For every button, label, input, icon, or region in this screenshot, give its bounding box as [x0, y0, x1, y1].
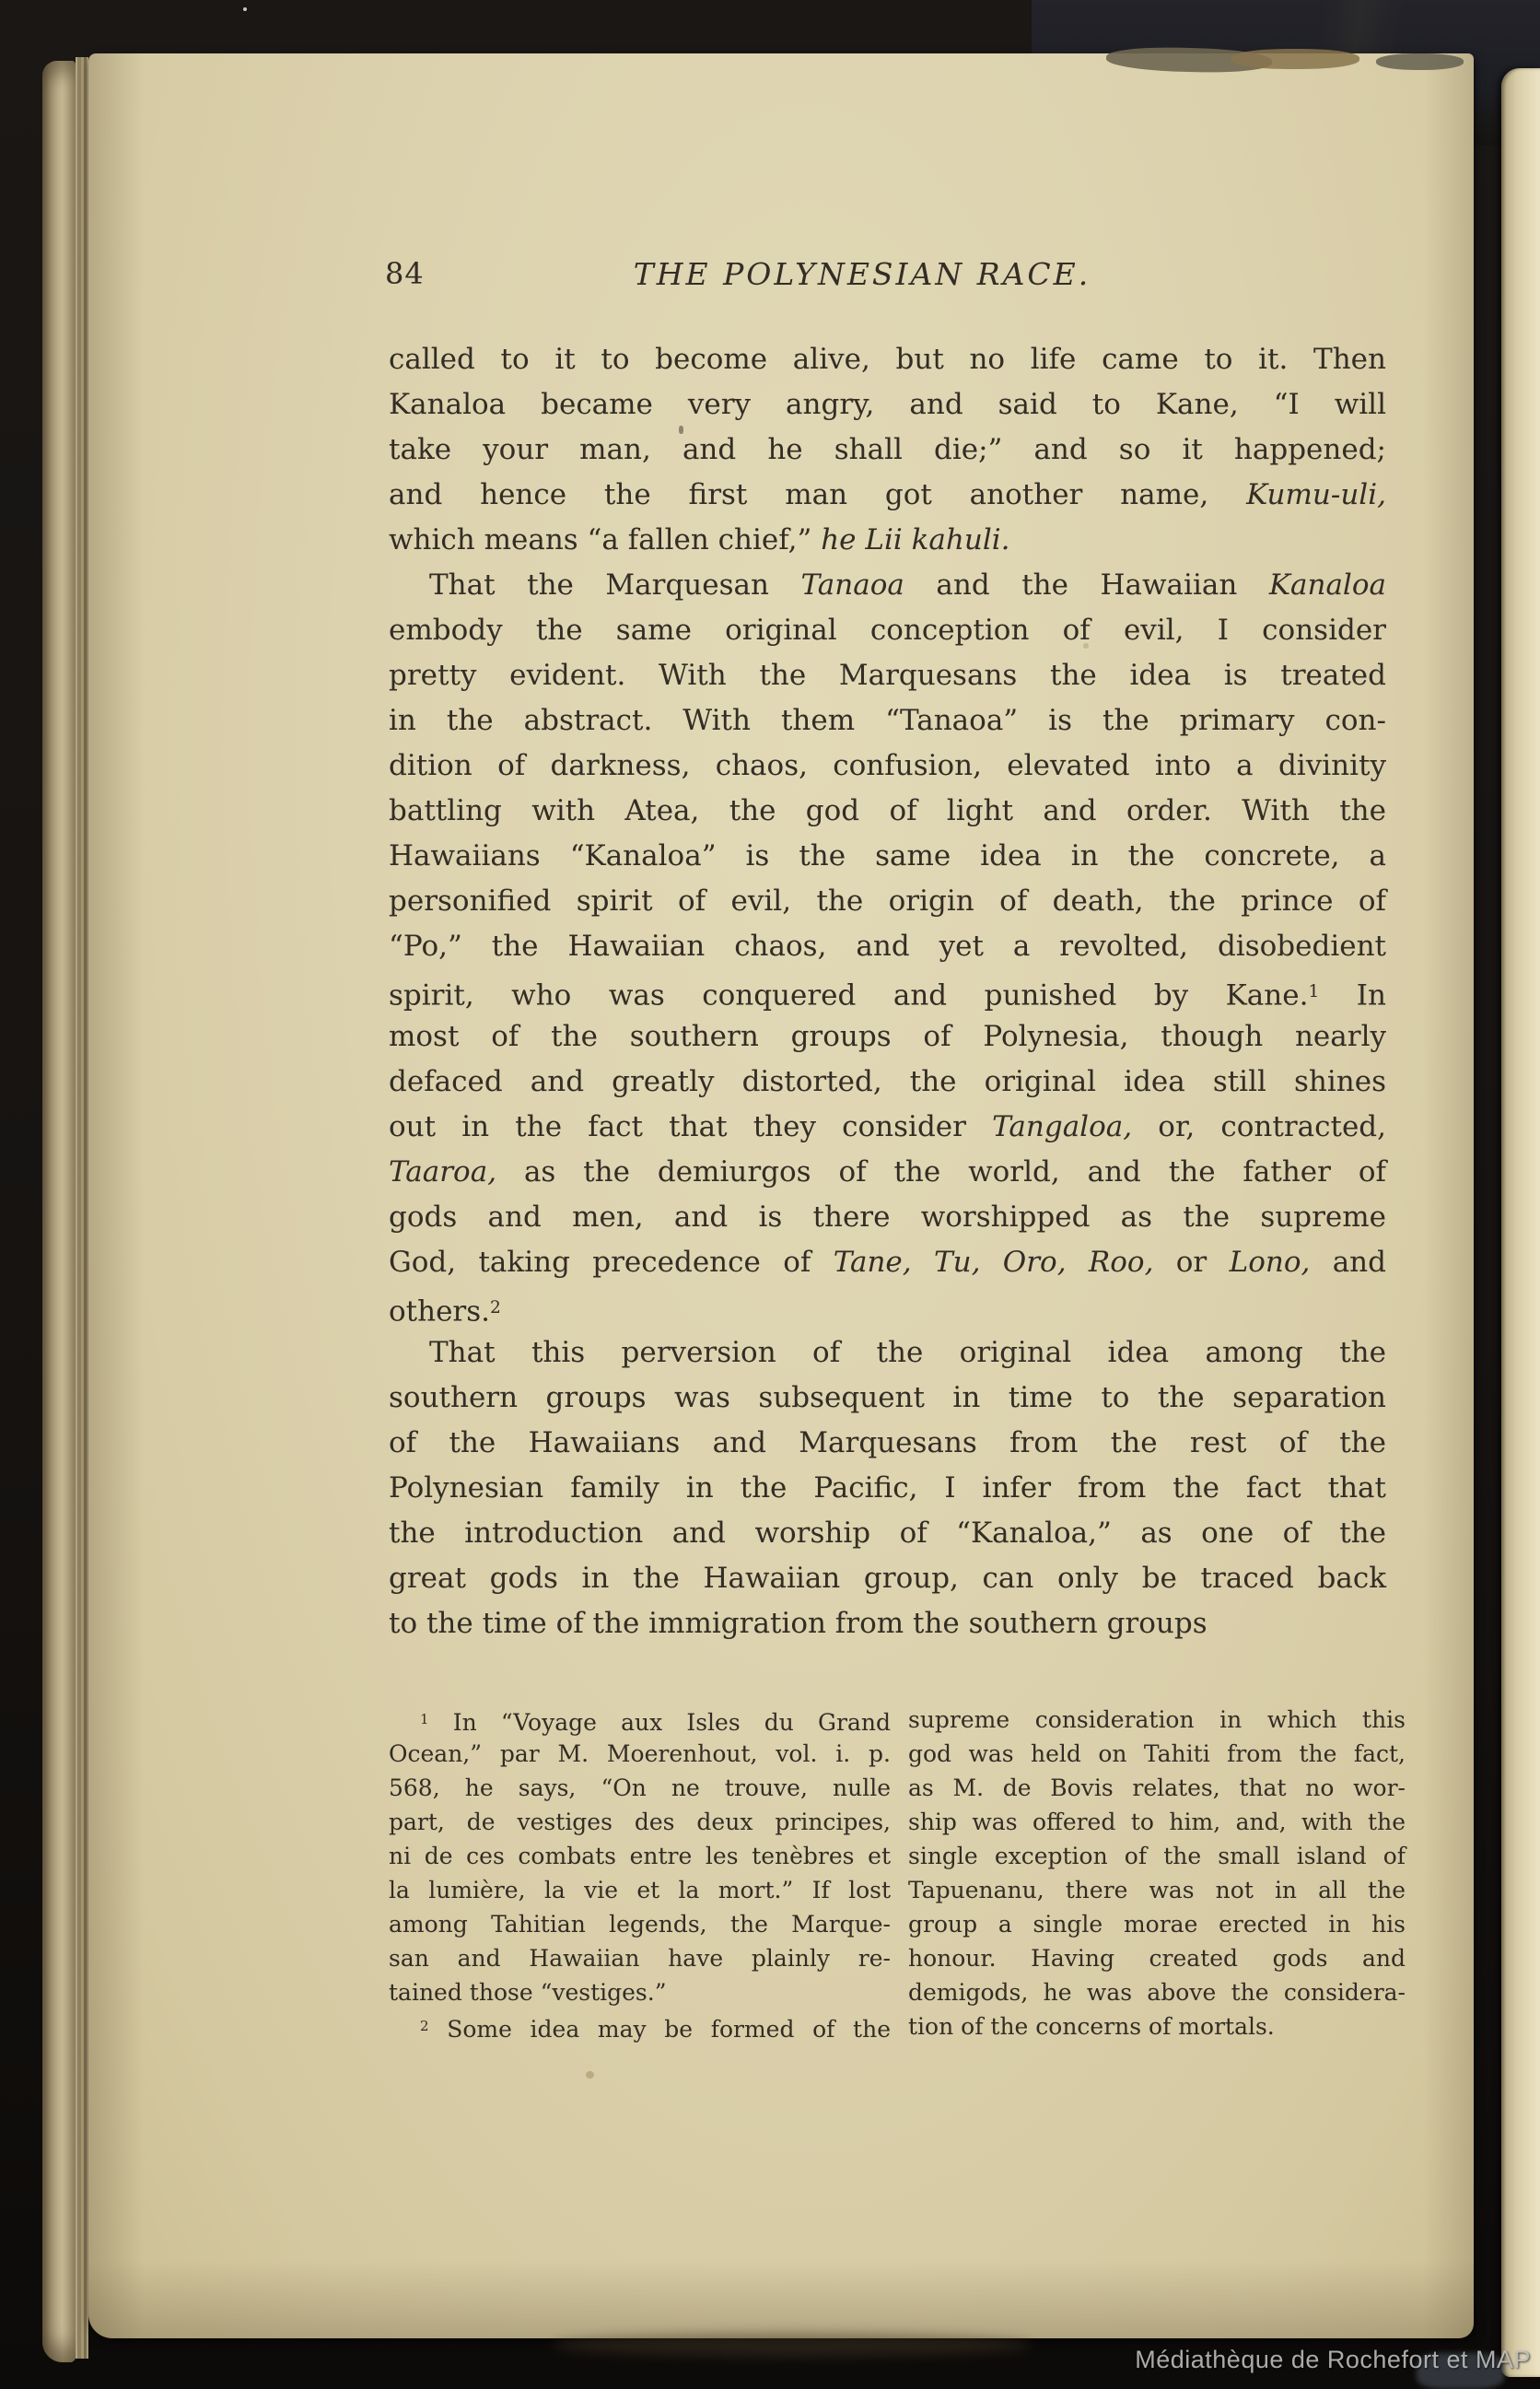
text-line: to the time of the immigration from the … — [389, 1601, 1386, 1646]
text-line: out in the fact that they consider Tanga… — [389, 1105, 1386, 1150]
text-line: ni de ces combats entre les tenèbres et — [389, 1839, 891, 1873]
text-line: southern groups was subsequent in time t… — [389, 1376, 1386, 1421]
text-line: san and Hawaiian have plainly re- — [389, 1941, 891, 1975]
text-line: Ocean,” par M. Moerenhout, vol. i. p. — [389, 1737, 891, 1771]
text-line: the introduction and worship of “Kanaloa… — [389, 1511, 1386, 1556]
text-line: gods and men, and is there worshipped as… — [389, 1195, 1386, 1240]
text-line: Polynesian family in the Pacific, I infe… — [389, 1466, 1386, 1511]
text-line: as M. de Bovis relates, that no wor- — [908, 1771, 1406, 1805]
text-line: most of the southern groups of Polynesia… — [389, 1014, 1386, 1060]
footnote-column-right: supreme consideration in which thisgod w… — [908, 1703, 1406, 2044]
text-line: Hawaiians “Kanaloa” is the same idea in … — [389, 834, 1386, 879]
text-line: 568, he says, “On ne trouve, nulle — [389, 1771, 891, 1805]
text-line: That the Marquesan Tanaoa and the Hawaii… — [389, 563, 1386, 608]
text-line: That this perversion of the original ide… — [389, 1330, 1386, 1376]
running-header: THE POLYNESIAN RACE. — [337, 256, 1387, 292]
paper-stain — [586, 2071, 594, 2079]
text-line: personified spirit of evil, the origin o… — [389, 879, 1386, 924]
dust-speck — [243, 7, 247, 11]
deckle-stain — [1231, 49, 1359, 69]
text-line: Kanaloa became very angry, and said to K… — [389, 382, 1386, 427]
watermark: Médiathèque de Rochefort et MAP — [1135, 2346, 1531, 2374]
book-page: 84 THE POLYNESIAN RACE. called to it to … — [88, 53, 1474, 2338]
text-line: others.2 — [389, 1285, 1386, 1330]
text-line: and hence the first man got another name… — [389, 473, 1386, 518]
text-line: demigods, he was above the considera- — [908, 1975, 1406, 2009]
text-line: part, de vestiges des deux principes, — [389, 1805, 891, 1839]
text-line: embody the same original conception of e… — [389, 608, 1386, 653]
scan-canvas: 84 THE POLYNESIAN RACE. called to it to … — [0, 0, 1540, 2389]
right-page-edge — [1501, 68, 1540, 2377]
text-line: 1 In “Voyage aux Isles du Grand — [389, 1703, 891, 1737]
text-line: pretty evident. With the Marquesans the … — [389, 653, 1386, 698]
text-line: “Po,” the Hawaiian chaos, and yet a revo… — [389, 924, 1386, 969]
text-line: tained those “vestiges.” — [389, 1975, 891, 2009]
text-line: ship was offered to him, and, with the — [908, 1805, 1406, 1839]
text-line: tion of the concerns of mortals. — [908, 2009, 1406, 2044]
text-line: great gods in the Hawaiian group, can on… — [389, 1556, 1386, 1601]
text-line: single exception of the small island of — [908, 1839, 1406, 1873]
text-line: of the Hawaiians and Marquesans from the… — [389, 1421, 1386, 1466]
text-line: called to it to become alive, but no lif… — [389, 337, 1386, 382]
paragraph: That this perversion of the original ide… — [389, 1330, 1386, 1646]
left-page-edges — [42, 61, 76, 2362]
text-line: honour. Having created gods and — [908, 1941, 1406, 1975]
paragraph: called to it to become alive, but no lif… — [389, 337, 1386, 563]
text-line: group a single morae erected in his — [908, 1907, 1406, 1941]
text-line: take your man, and he shall die;” and so… — [389, 427, 1386, 473]
deckle-stain — [1376, 53, 1464, 70]
text-line: Tapuenanu, there was not in all the — [908, 1873, 1406, 1907]
text-line: spirit, who was conquered and punished b… — [389, 969, 1386, 1014]
body-text: called to it to become alive, but no lif… — [389, 337, 1386, 1646]
text-line: God, taking precedence of Tane, Tu, Oro,… — [389, 1240, 1386, 1285]
text-line: among Tahitian legends, the Marque- — [389, 1907, 891, 1941]
page-bottom-shadow — [553, 2333, 1032, 2357]
text-line: in the abstract. With them “Tanaoa” is t… — [389, 698, 1386, 744]
footnote-column-left: 1 In “Voyage aux Isles du GrandOcean,” p… — [389, 1703, 891, 2044]
text-line: 2 Some idea may be formed of the — [389, 2009, 891, 2044]
gutter-crease — [76, 57, 88, 2359]
text-line: battling with Atea, the god of light and… — [389, 789, 1386, 834]
text-line: which means “a fallen chief,” he Lii kah… — [389, 518, 1386, 563]
text-line: supreme consideration in which this — [908, 1703, 1406, 1737]
paragraph: That the Marquesan Tanaoa and the Hawaii… — [389, 563, 1386, 1330]
text-line: dition of darkness, chaos, confusion, el… — [389, 744, 1386, 789]
text-line: la lumière, la vie et la mort.” If lost — [389, 1873, 891, 1907]
text-line: Taaroa, as the demiurgos of the world, a… — [389, 1150, 1386, 1195]
text-line: god was held on Tahiti from the fact, — [908, 1737, 1406, 1771]
text-line: defaced and greatly distorted, the origi… — [389, 1060, 1386, 1105]
